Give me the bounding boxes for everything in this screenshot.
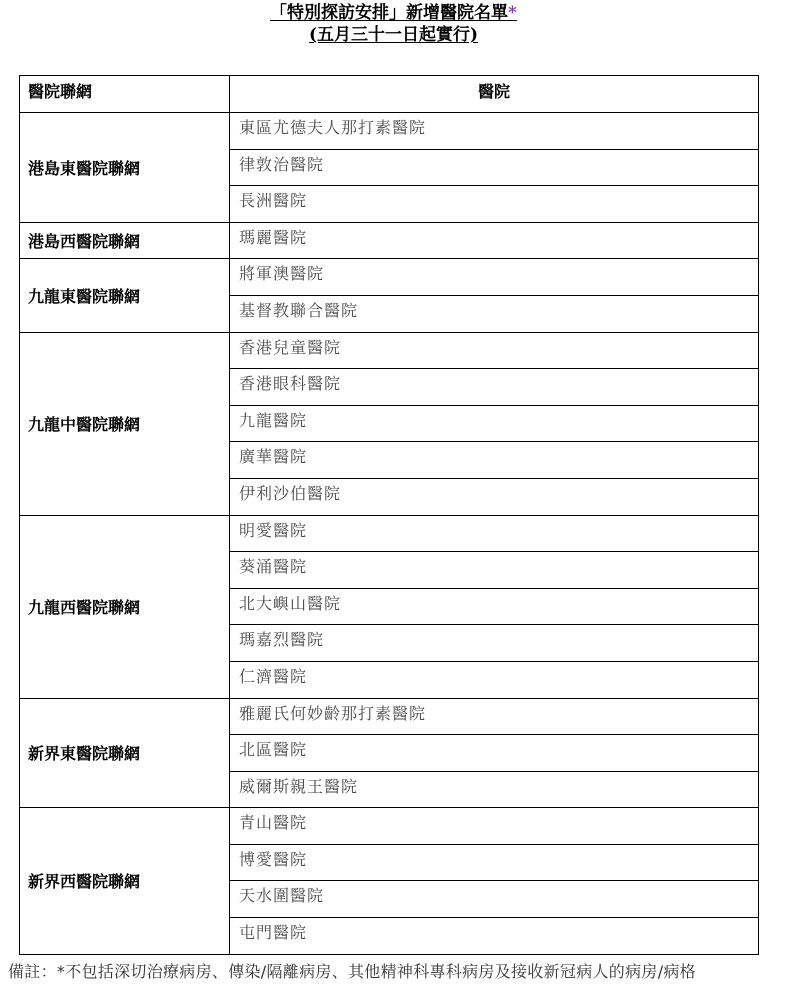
network-cell: 港島西醫院聯網 xyxy=(20,222,230,259)
network-cell: 新界西醫院聯網 xyxy=(20,808,230,954)
hospital-cell: 瑪嘉烈醫院 xyxy=(230,625,759,662)
title-line-1: 「特別探訪安排」新增醫院名單* xyxy=(0,2,787,24)
hospital-cell: 將軍澳醫院 xyxy=(230,259,759,296)
hospital-cell: 仁濟醫院 xyxy=(230,661,759,698)
table-row: 九龍中醫院聯網 香港兒童醫院 xyxy=(20,332,759,369)
header-hospital: 醫院 xyxy=(230,76,759,113)
hospital-cell: 長洲醫院 xyxy=(230,186,759,223)
hospital-cell: 瑪麗醫院 xyxy=(230,222,759,259)
hospital-cell: 北區醫院 xyxy=(230,735,759,772)
network-cell: 九龍西醫院聯網 xyxy=(20,515,230,698)
footnote: 備註：*不包括深切治療病房、傳染/隔離病房、其他精神科專科病房及接收新冠病人的病… xyxy=(8,959,696,982)
document-title: 「特別探訪安排」新增醫院名單* (五月三十一日起實行) xyxy=(0,2,787,46)
table-row: 九龍西醫院聯網 明愛醫院 xyxy=(20,515,759,552)
hospital-cell: 九龍醫院 xyxy=(230,405,759,442)
hospital-cell: 香港眼科醫院 xyxy=(230,369,759,406)
network-cell: 新界東醫院聯網 xyxy=(20,698,230,808)
network-cell: 港島東醫院聯網 xyxy=(20,113,230,223)
hospital-cell: 天水圍醫院 xyxy=(230,881,759,918)
table-row: 港島西醫院聯網 瑪麗醫院 xyxy=(20,222,759,259)
hospital-cell: 屯門醫院 xyxy=(230,918,759,955)
hospital-cell: 威爾斯親王醫院 xyxy=(230,771,759,808)
hospital-cell: 明愛醫院 xyxy=(230,515,759,552)
table-row: 九龍東醫院聯網 將軍澳醫院 xyxy=(20,259,759,296)
hospital-cell: 伊利沙伯醫院 xyxy=(230,478,759,515)
hospital-cell: 葵涌醫院 xyxy=(230,552,759,589)
hospital-cell: 律敦治醫院 xyxy=(230,149,759,186)
hospital-cell: 基督教聯合醫院 xyxy=(230,295,759,332)
table-header-row: 醫院聯網 醫院 xyxy=(20,76,759,113)
table-row: 新界西醫院聯網 青山醫院 xyxy=(20,808,759,845)
title-text: 「特別探訪安排」新增醫院名單 xyxy=(270,3,508,23)
title-line-2: (五月三十一日起實行) xyxy=(0,24,787,46)
hospital-cell: 香港兒童醫院 xyxy=(230,332,759,369)
hospital-table: 醫院聯網 醫院 港島東醫院聯網 東區尤德夫人那打素醫院 律敦治醫院 長洲醫院 港… xyxy=(19,75,759,955)
hospital-cell: 東區尤德夫人那打素醫院 xyxy=(230,113,759,150)
table-row: 港島東醫院聯網 東區尤德夫人那打素醫院 xyxy=(20,113,759,150)
header-network: 醫院聯網 xyxy=(20,76,230,113)
hospital-cell: 北大嶼山醫院 xyxy=(230,588,759,625)
network-cell: 九龍中醫院聯網 xyxy=(20,332,230,515)
title-asterisk: * xyxy=(508,3,517,23)
network-cell: 九龍東醫院聯網 xyxy=(20,259,230,332)
hospital-cell: 博愛醫院 xyxy=(230,844,759,881)
table-row: 新界東醫院聯網 雅麗氏何妙齡那打素醫院 xyxy=(20,698,759,735)
hospital-cell: 廣華醫院 xyxy=(230,442,759,479)
hospital-cell: 青山醫院 xyxy=(230,808,759,845)
hospital-cell: 雅麗氏何妙齡那打素醫院 xyxy=(230,698,759,735)
